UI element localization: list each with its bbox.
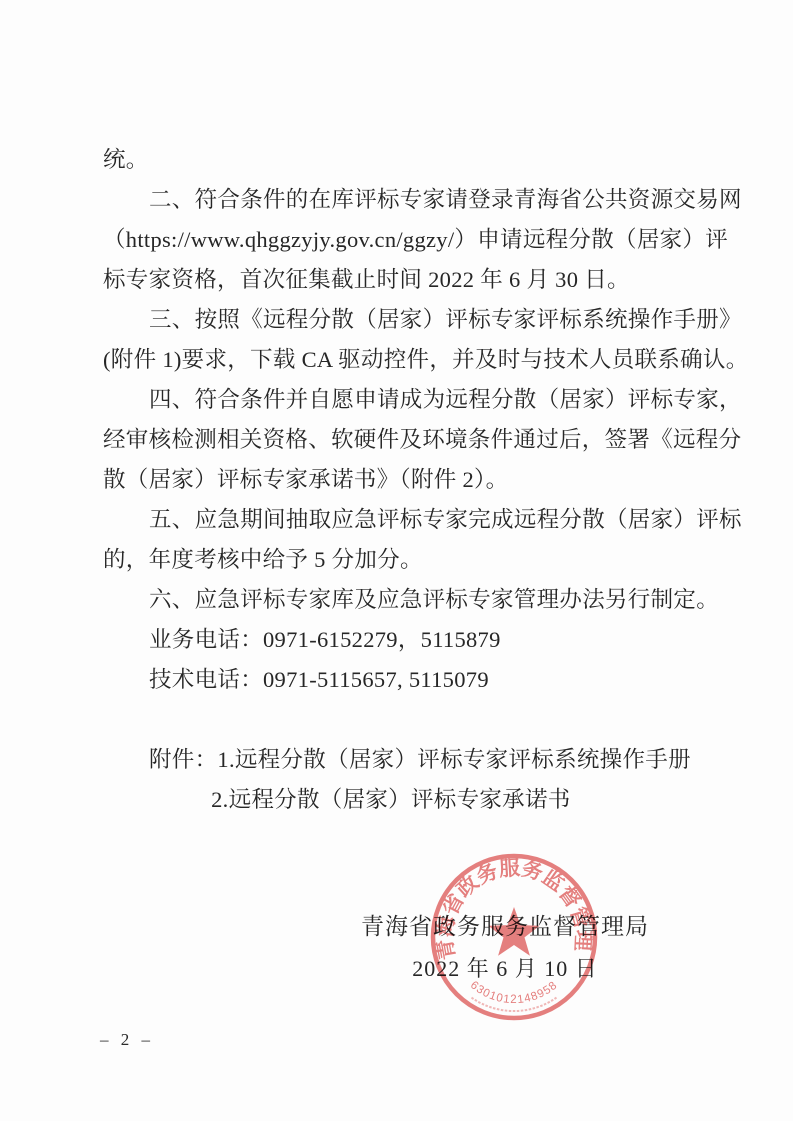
attachment-line: 附件：1.远程分散（居家）评标专家评标系统操作手册	[103, 740, 703, 780]
body-line: 技术电话：0971-5115657, 5115079	[103, 660, 703, 700]
body-line: 三、按照《远程分散（居家）评标专家评标系统操作手册》	[103, 300, 703, 340]
body-line: 的，年度考核中给予 5 分加分。	[103, 540, 703, 580]
body-line: 四、符合条件并自愿申请成为远程分散（居家）评标专家，	[103, 380, 703, 420]
body-line: （https://www.qhggzyjy.gov.cn/ggzy/）申请远程分…	[103, 220, 703, 260]
body-line: 二、符合条件的在库评标专家请登录青海省公共资源交易网	[103, 180, 703, 220]
body-line: 经审核检测相关资格、软硬件及环境条件通过后，签署《远程分	[103, 420, 703, 460]
attachment-line: 2.远程分散（居家）评标专家承诺书	[103, 780, 703, 820]
signature-block: 青海省政务服务监督管理局 2022 年 6 月 10 日	[335, 906, 675, 990]
attachments-list: 附件：1.远程分散（居家）评标专家评标系统操作手册2.远程分散（居家）评标专家承…	[103, 740, 703, 820]
document-page: 统。二、符合条件的在库评标专家请登录青海省公共资源交易网（https://www…	[0, 0, 793, 1121]
body-line: 五、应急期间抽取应急评标专家完成远程分散（居家）评标	[103, 500, 703, 540]
body-line: 标专家资格，首次征集截止时间 2022 年 6 月 30 日。	[103, 260, 703, 300]
body-line: 六、应急评标专家库及应急评标专家管理办法另行制定。	[103, 580, 703, 620]
body-line: 散（居家）评标专家承诺书》（附件 2）。	[103, 460, 703, 500]
body-line: (附件 1)要求，下载 CA 驱动控件，并及时与技术人员联系确认。	[103, 340, 703, 380]
seal-microtext-arc	[472, 998, 557, 1011]
body-text: 统。二、符合条件的在库评标专家请登录青海省公共资源交易网（https://www…	[103, 140, 703, 700]
body-line: 业务电话：0971-6152279，5115879	[103, 620, 703, 660]
body-line: 统。	[103, 140, 703, 180]
signature-date: 2022 年 6 月 10 日	[335, 948, 675, 990]
page-number: – 2 –	[100, 1030, 154, 1050]
signature-org: 青海省政务服务监督管理局	[335, 906, 675, 948]
